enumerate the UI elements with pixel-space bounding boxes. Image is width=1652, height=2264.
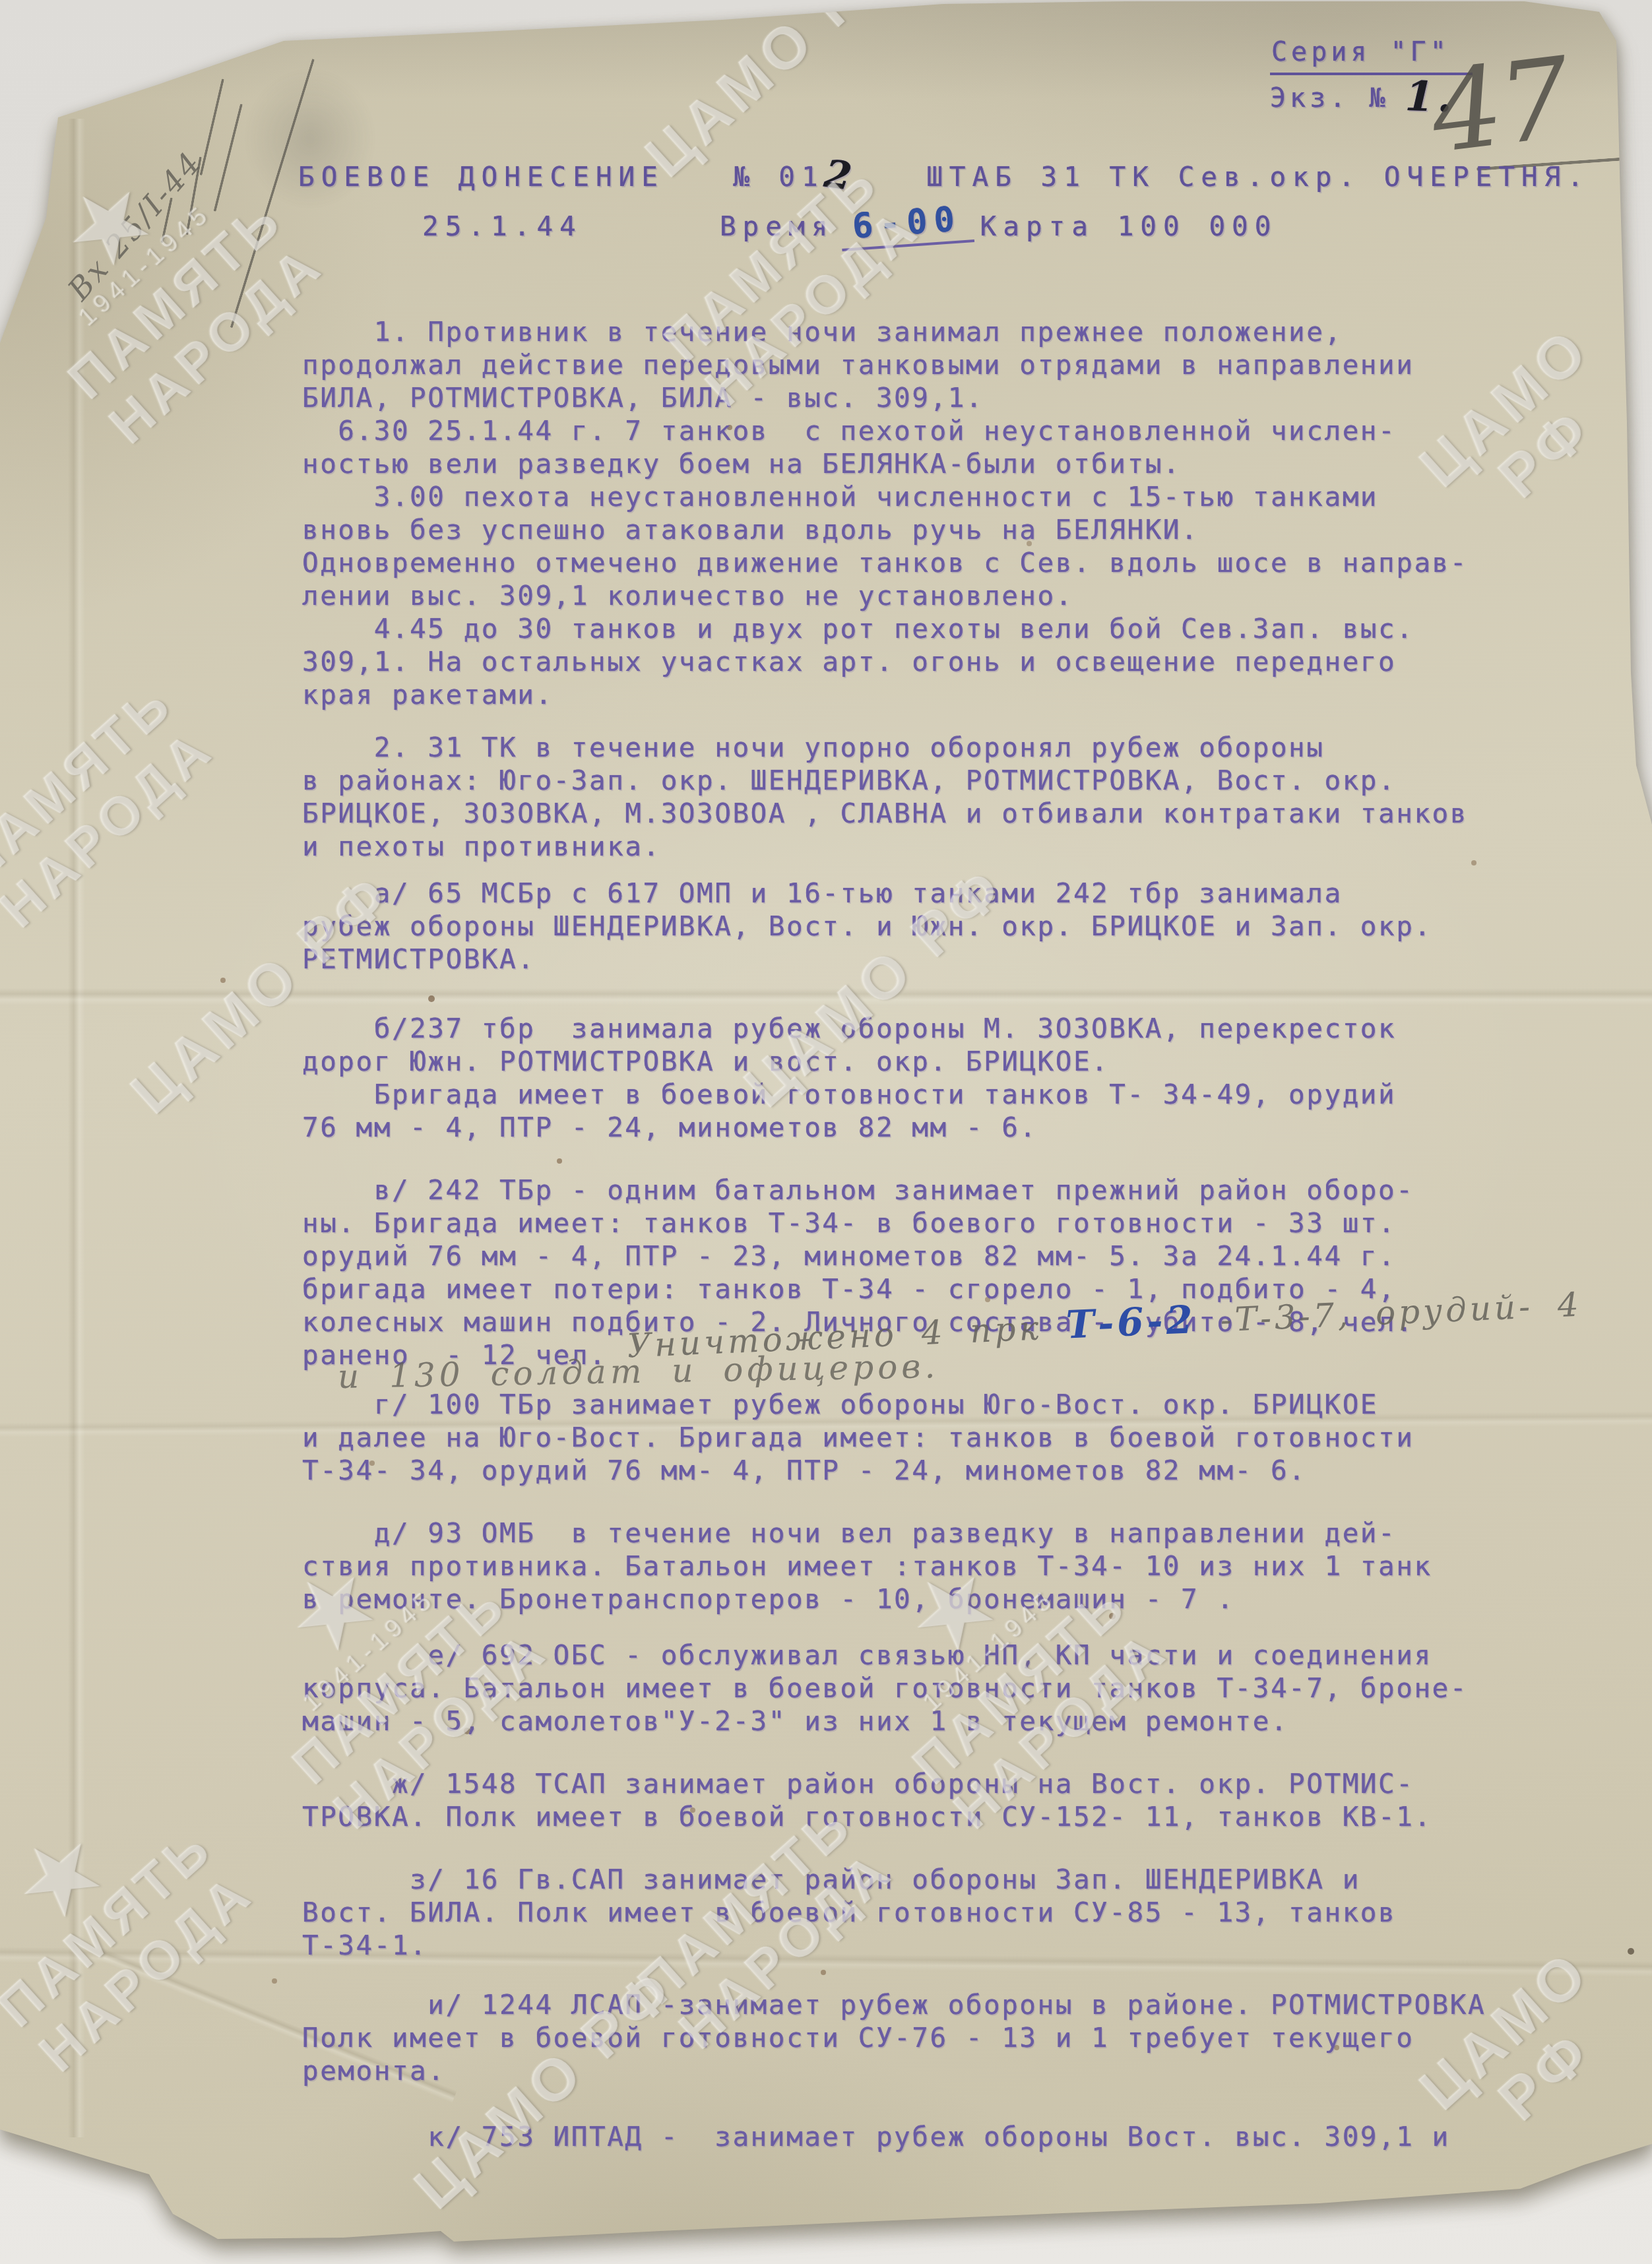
paper-sheet: Вх 25/I-44 Серия "Г" Экз. № 1. 47 БОЕВОЕ…: [0, 0, 1652, 2264]
time-label: Время: [720, 210, 834, 242]
paper-speckles: [0, 0, 3, 3]
paragraph-unit-b: б/237 тбр занимала рубеж обороны М. ЗОЗО…: [302, 1012, 1486, 1144]
paper-sheet-wrapper: Вх 25/I-44 Серия "Г" Экз. № 1. 47 БОЕВОЕ…: [0, 0, 1652, 2264]
paragraph-unit-i: и/ 1244 ЛСАП -занимает рубеж обороны в р…: [302, 1988, 1486, 2087]
paragraph-unit-d: д/ 93 ОМБ в течение ночи вел разведку в …: [302, 1517, 1486, 1616]
paragraph-unit-z: з/ 16 Гв.САП занимает район обороны Зап.…: [302, 1863, 1486, 1962]
paragraph-unit-g: г/ 100 ТБр занимает рубеж обороны Юго-Во…: [302, 1388, 1486, 1487]
map-scale-label: Карта 100 000: [980, 210, 1278, 242]
paragraph-unit-e: е/ 692 ОБС - обслуживал связью НП, КП ча…: [302, 1639, 1486, 1738]
memory-of-people-watermark: ПАМЯТЬ НАРОДА: [0, 672, 226, 940]
vertical-fold-crease: [68, 119, 85, 2137]
report-title-rest: ШТАБ 31 ТК Сев.окр. ОЧЕРЕТНЯ.: [858, 161, 1590, 193]
report-title-line: БОЕВОЕ ДОНЕСЕНИЕ № 012 ШТАБ 31 ТК Сев.ок…: [298, 150, 1590, 195]
copy-number-label: Экз. №: [1270, 83, 1389, 113]
annotation-blue-ink-text: Т-6-2: [1065, 1297, 1197, 1348]
report-body: 1. Противник в течение ночи занимал преж…: [302, 315, 1486, 2153]
time-handwritten: 6-00: [839, 199, 974, 251]
memory-of-people-watermark: ★ ПАМЯТЬ НАРОДА: [0, 1757, 265, 2084]
report-title-text: БОЕВОЕ ДОНЕСЕНИЕ № 01: [298, 161, 825, 193]
report-number-handwritten: 2: [821, 151, 860, 200]
paragraph-unit-zh: ж/ 1548 ТСАП занимает район обороны на В…: [302, 1767, 1486, 1833]
paragraph-enemy-situation: 1. Противник в течение ночи занимал преж…: [302, 315, 1486, 711]
scanned-document-page: { "stamp": { "seriya": "Серия \"Г\"", "e…: [0, 0, 1652, 2264]
paragraph-unit-a: а/ 65 МСБр с 617 ОМП и 16-тью танками 24…: [302, 877, 1486, 976]
paragraph-corps-defense: 2. 31 ТК в течение ночи упорно оборонял …: [302, 731, 1486, 863]
report-subtitle-line: 25.1.44 Время6-00Карта 100 000: [422, 204, 1277, 248]
report-date: 25.1.44: [422, 210, 583, 242]
star-watermark-icon: ★: [0, 1757, 184, 1994]
paragraph-unit-k: к/ 753 ИПТАД - занимает рубеж обороны Во…: [302, 2120, 1486, 2153]
